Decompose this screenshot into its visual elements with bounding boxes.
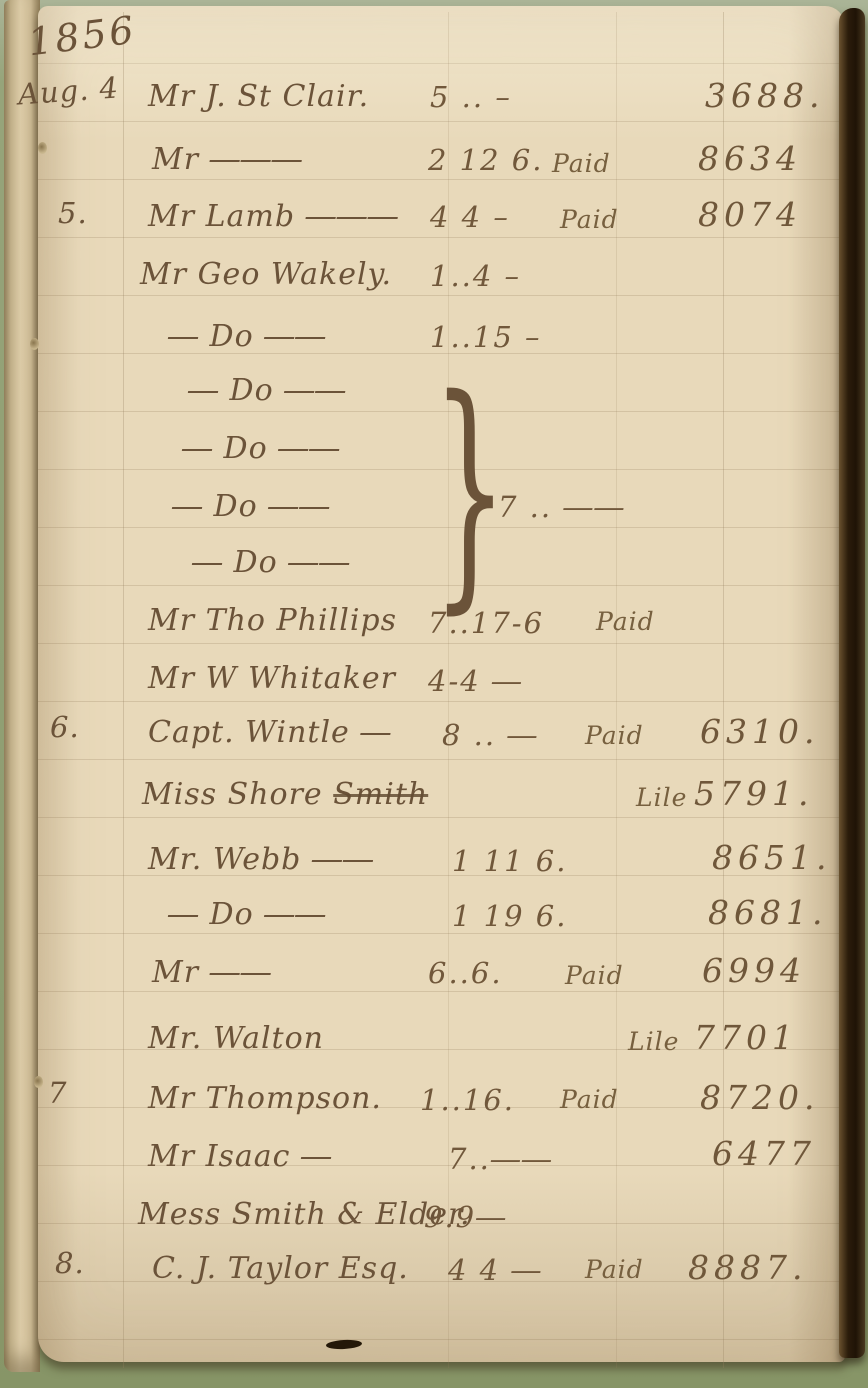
entry-phillips-name: Mr Tho Phillips [148,604,397,637]
brace-total-amount: 7 .. ―― [498,492,625,524]
entry-whitaker-name: Mr W Whitaker [148,662,396,695]
entry-shore-smith-status: Lile [636,784,687,812]
entry-wakely-amount: 1..4 – [430,261,521,293]
entry-webb-name: Mr. Webb ―― [148,843,374,876]
entry-blank2-name: Mr ―― [152,956,272,989]
entry-lamb-amount: 4 4 – [430,202,510,234]
entry-shore-smith-number: 5791. [694,776,813,812]
entry-taylor-amount: 4 4 ― [448,1255,542,1287]
entry-phillips-status: Paid [596,608,655,636]
entry-taylor-name: C. J. Taylor Esq. [152,1252,409,1285]
entry-wakely-name: Mr Geo Wakely. [140,258,392,291]
entry-stclair-number: 3688. [705,78,824,114]
entry-blank1-number: 8634 [698,141,802,177]
entry-blank1-name: Mr ――― [152,143,303,176]
entry-do2-name: ― Do ―― [188,374,346,407]
entry-webb-do-number: 8681. [708,895,827,931]
entry-walton-name: Mr. Walton [148,1022,324,1055]
entry-webb-do-amount: 1 19 6. [452,901,567,933]
ledger-photo: 1856 Aug. 4 Mr J. St Clair. 5 .. – 3688.… [0,0,868,1388]
entry-stclair-name: Mr J. St Clair. [148,80,369,113]
entry-thompson-name: Mr Thompson. [148,1082,382,1115]
entry-blank1-status: Paid [552,150,611,178]
entry-blank2-amount: 6..6. [428,958,503,990]
entry-blank2-number: 6994 [702,953,806,989]
wormhole [30,338,39,350]
entry-walton-number: 7701 [694,1020,798,1056]
entry-thompson-date: 7 [48,1078,67,1110]
entry-do4-name: ― Do ―― [172,490,330,523]
entry-wintle-number: 6310. [700,714,819,750]
ruled-line-date-column [123,12,124,1368]
grouping-brace: } [432,392,508,590]
facing-page-edge [4,0,40,1372]
entry-lamb-date: 5. [58,198,88,230]
entry-wintle-date: 6. [50,712,80,744]
entry-thompson-amount: 1..16. [420,1085,515,1117]
entry-do5-name: ― Do ―― [192,546,350,579]
entry-webb-number: 8651. [712,840,831,876]
wormhole [34,1076,43,1088]
entry-taylor-date: 8. [55,1248,85,1280]
entry-walton-status: Lile [628,1028,679,1056]
entry-smith-elder-name: Mess Smith & Elder. [138,1198,471,1231]
entry-blank1-amount: 2 12 6. [428,145,543,177]
entry-blank2-status: Paid [565,962,624,990]
entry-stclair-amount: 5 .. – [430,82,512,114]
entry-smith-elder-amount: 9.9― [424,1202,507,1234]
entry-shore-smith-name: Miss Shore Smith [142,778,428,811]
entry-wintle-amount: 8 .. ― [442,720,538,752]
entry-lamb-status: Paid [560,206,619,234]
entry-lamb-number: 8074 [698,197,802,233]
entry-thompson-number: 8720. [700,1080,819,1116]
entry-taylor-status: Paid [585,1256,644,1284]
entry-wintle-name: Capt. Wintle ― [148,716,391,749]
entry-do3-name: ― Do ―― [182,432,340,465]
struck-surname: Smith [333,777,428,812]
entry-webb-do-name: ― Do ―― [168,898,326,931]
entry-lamb-name: Mr Lamb ――― [148,200,399,233]
entry-phillips-amount: 7..17-6 [428,608,544,640]
entry-whitaker-amount: 4-4 ― [428,666,523,698]
entry-isaac-number: 6477 [712,1136,816,1172]
entry-thompson-status: Paid [560,1086,619,1114]
book-fore-edge [839,8,865,1358]
entry-webb-amount: 1 11 6. [452,846,567,878]
entry-isaac-name: Mr Isaac ― [148,1140,332,1173]
entry-taylor-number: 8887. [688,1250,807,1286]
entry-wintle-status: Paid [585,722,644,750]
entry-isaac-amount: 7..―― [448,1144,553,1176]
entry-do1-name: ― Do ―― [168,320,326,353]
wormhole [38,142,47,154]
